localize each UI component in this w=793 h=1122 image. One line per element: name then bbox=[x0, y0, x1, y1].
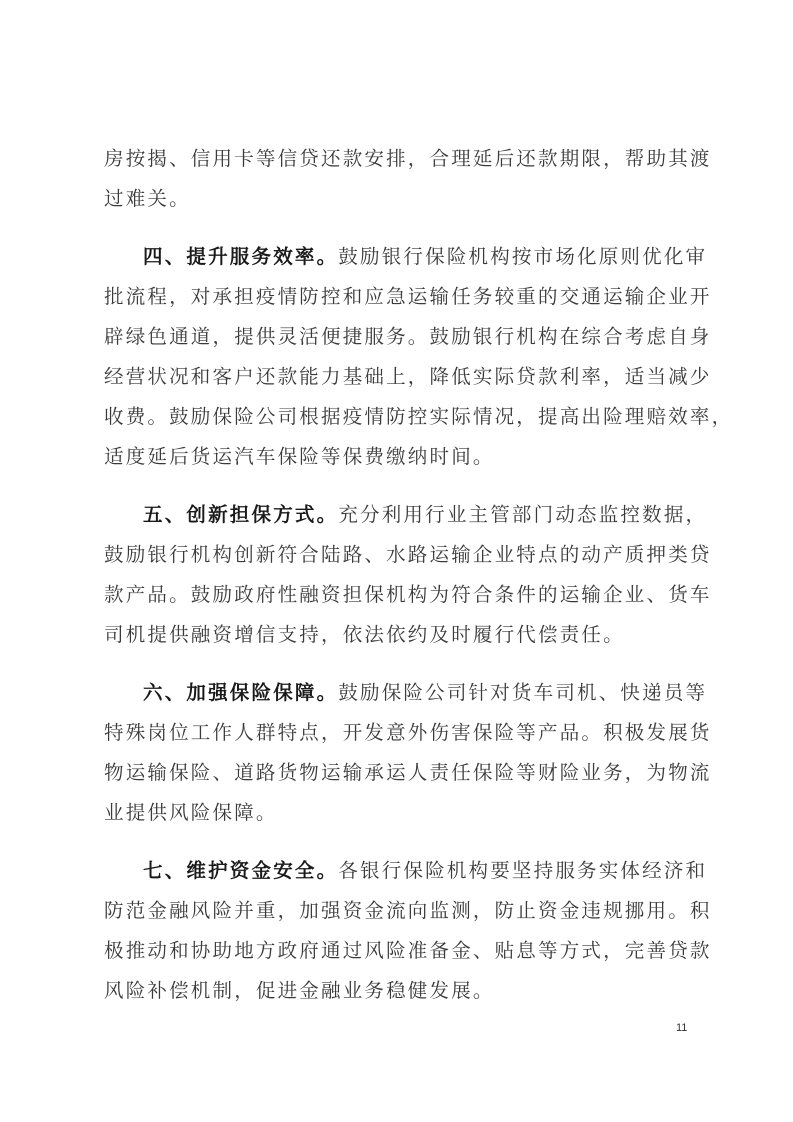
text-line: 房按揭、信用卡等信贷还款安排，合理延后还款期限，帮助其渡 bbox=[104, 139, 690, 179]
text-line: 鼓励银行机构创新符合陆路、水路运输企业特点的动产质押类贷 bbox=[104, 535, 690, 575]
section-heading: 六、加强保险保障。 bbox=[143, 681, 338, 704]
text-line: 物运输保险、道路货物运输承运人责任保险等财险业务，为物流 bbox=[104, 753, 690, 793]
paragraph-section-4: 四、提升服务效率。鼓励银行保险机构按市场化原则优化审 批流程，对承担疫情防控和应… bbox=[104, 237, 690, 477]
text-line: 适度延后货运汽车保险等保费缴纳时间。 bbox=[104, 437, 690, 477]
page-number: 11 bbox=[676, 1022, 687, 1034]
document-page: 房按揭、信用卡等信贷还款安排，合理延后还款期限，帮助其渡 过难关。 四、提升服务… bbox=[104, 139, 690, 1011]
section-heading: 四、提升服务效率。 bbox=[143, 245, 338, 268]
text-line: 过难关。 bbox=[104, 179, 690, 219]
text-line: 业提供风险保障。 bbox=[104, 793, 690, 833]
text-line: 极推动和协助地方政府通过风险准备金、贴息等方式，完善贷款 bbox=[104, 931, 690, 971]
text-line: 经营状况和客户还款能力基础上，降低实际贷款利率，适当减少 bbox=[104, 357, 690, 397]
section-heading: 七、维护资金安全。 bbox=[143, 859, 338, 882]
text-line: 各银行保险机构要坚持服务实体经济和 bbox=[338, 859, 707, 882]
text-line: 辟绿色通道，提供灵活便捷服务。鼓励银行机构在综合考虑自身 bbox=[104, 317, 690, 357]
text-line: 特殊岗位工作人群特点，开发意外伤害保险等产品。积极发展货 bbox=[104, 713, 690, 753]
text-line: 司机提供融资增信支持，依法依约及时履行代偿责任。 bbox=[104, 615, 690, 655]
paragraph-section-6: 六、加强保险保障。鼓励保险公司针对货车司机、快递员等 特殊岗位工作人群特点，开发… bbox=[104, 673, 690, 833]
text-line: 鼓励保险公司针对货车司机、快递员等 bbox=[338, 681, 707, 704]
text-line: 充分利用行业主管部门动态监控数据， bbox=[338, 503, 707, 526]
text-line: 收费。鼓励保险公司根据疫情防控实际情况，提高出险理赔效率， bbox=[104, 397, 690, 437]
text-line: 鼓励银行保险机构按市场化原则优化审 bbox=[338, 245, 707, 268]
section-heading: 五、创新担保方式。 bbox=[143, 503, 338, 526]
paragraph-section-5: 五、创新担保方式。充分利用行业主管部门动态监控数据， 鼓励银行机构创新符合陆路、… bbox=[104, 495, 690, 655]
paragraph-continuation: 房按揭、信用卡等信贷还款安排，合理延后还款期限，帮助其渡 过难关。 bbox=[104, 139, 690, 219]
text-line: 款产品。鼓励政府性融资担保机构为符合条件的运输企业、货车 bbox=[104, 575, 690, 615]
text-line: 批流程，对承担疫情防控和应急运输任务较重的交通运输企业开 bbox=[104, 277, 690, 317]
paragraph-section-7: 七、维护资金安全。各银行保险机构要坚持服务实体经济和 防范金融风险并重，加强资金… bbox=[104, 851, 690, 1011]
text-line: 风险补偿机制，促进金融业务稳健发展。 bbox=[104, 971, 690, 1011]
text-line: 防范金融风险并重，加强资金流向监测，防止资金违规挪用。积 bbox=[104, 891, 690, 931]
